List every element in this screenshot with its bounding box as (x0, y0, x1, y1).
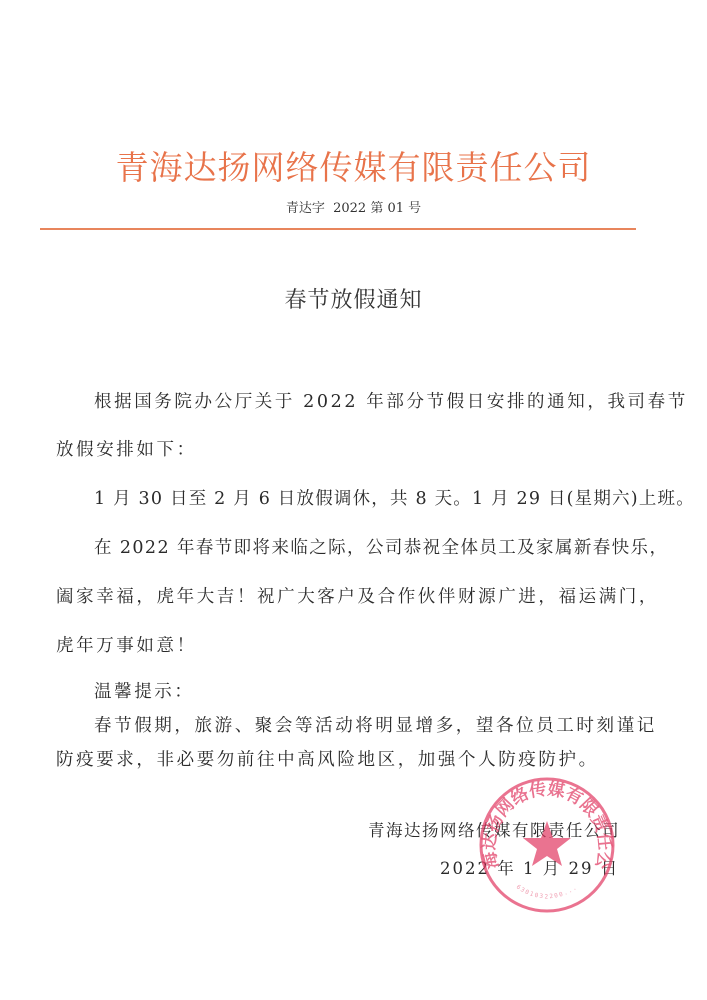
paragraph-line: 放假安排如下： (56, 438, 197, 462)
signature-date: 2022 年 1 月 29 日 (440, 858, 619, 880)
paragraph-line: 根据国务院办公厅关于 2022 年部分节假日安排的通知，我司春节 (94, 390, 688, 414)
paragraph-line: 虎年万事如意！ (56, 634, 197, 658)
document-number: 青达字 2022 第 01 号 (0, 200, 707, 218)
company-seal: 青海达扬网络传媒有限责任公司 6301032200... (477, 775, 617, 915)
seal-serial: 6301032200... (515, 884, 579, 901)
notice-title: 春节放假通知 (0, 286, 707, 316)
paragraph-line: 在 2022 年春节即将来临之际，公司恭祝全体员工及家属新春快乐， (94, 536, 668, 560)
svg-text:6301032200...: 6301032200... (515, 884, 579, 901)
document-page: 青海达扬网络传媒有限责任公司 青达字 2022 第 01 号 春节放假通知 根据… (0, 0, 707, 1000)
paragraph-line: 阖家幸福，虎年大吉！祝广大客户及合作伙伴财源广进，福运满门， (56, 585, 659, 609)
paragraph-line: 防疫要求，非必要勿前往中高风险地区，加强个人防疫防护。 (56, 748, 599, 772)
paragraph-line: 春节假期，旅游、聚会等活动将明显增多，望各位员工时刻谨记 (94, 714, 657, 738)
letterhead-company-name: 青海达扬网络传媒有限责任公司 (0, 148, 707, 188)
header-divider (40, 228, 636, 230)
paragraph-line: 1 月 30 日至 2 月 6 日放假调休，共 8 天。1 月 29 日(星期六… (94, 487, 695, 511)
signature-company: 青海达扬网络传媒有限责任公司 (368, 820, 620, 842)
tip-heading: 温馨提示： (94, 680, 195, 704)
